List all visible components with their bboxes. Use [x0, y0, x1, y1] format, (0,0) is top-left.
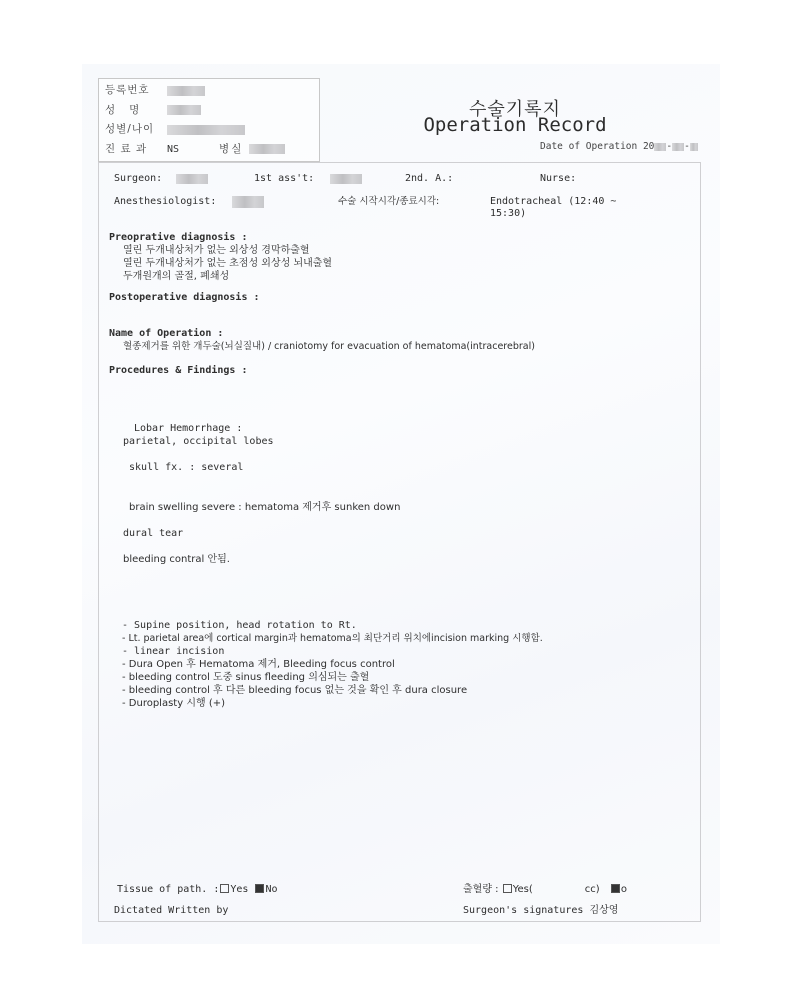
operation-name-value: 혈종제거를 위한 개두술(뇌실질내) / craniotomy for evac… [123, 340, 535, 353]
postop-diagnosis-label: Postoperative diagnosis : [109, 291, 260, 304]
procedure-step: - linear incision [122, 645, 224, 658]
patient-info-box: 등록번호 성 명 성별/나이 진 료 과 NS 병실 [98, 78, 320, 162]
tissue-of-path: Tissue of path. :Yes No [117, 883, 278, 896]
preop-diagnosis-item: 두개원개의 골절, 폐쇄성 [123, 270, 229, 283]
tissue-label: Tissue of path. : [117, 884, 219, 895]
anesthesia-line-2: 15:30) [490, 207, 526, 220]
bleeding-yes-label: Yes( [513, 884, 533, 895]
redacted-sex-age [167, 125, 245, 135]
registration-row: 등록번호 [105, 81, 313, 101]
procedure-step: - bleeding control 도중 sinus fleeding 의심되… [122, 671, 369, 684]
bleeding-no-checkbox[interactable] [611, 884, 620, 893]
first-assistant-label: 1st ass't: [254, 172, 314, 185]
sex-age-row: 성별/나이 [105, 120, 313, 140]
bleeding-yes-checkbox[interactable] [503, 884, 512, 893]
date-of-operation: Date of Operation 20-- [540, 141, 698, 152]
nurse-label: Nurse: [540, 172, 576, 185]
redacted-month [672, 143, 684, 151]
redacted-surgeon [176, 174, 208, 184]
finding-item: bleeding contral 안됨. [123, 553, 230, 566]
procedures-label: Procedures & Findings : [109, 364, 247, 377]
tissue-yes-label: Yes [230, 884, 248, 895]
redacted-year [654, 143, 666, 151]
room-label: 병실 [219, 140, 243, 160]
preop-diagnosis-label: Preoprative diagnosis : [109, 231, 247, 244]
signature-label: Surgeon's signatures [463, 905, 583, 916]
anesthesiologist-label: Anesthesiologist: [114, 195, 216, 208]
procedure-step: - Supine position, head rotation to Rt. [122, 619, 357, 632]
date-label: Date of Operation 20 [540, 141, 654, 152]
bleeding-unit: cc) [585, 884, 600, 895]
registration-no-label: 등록번호 [105, 81, 167, 101]
redacted-day [690, 143, 698, 151]
preop-diagnosis-item: 열린 두개내상처가 없는 외상성 경막하출혈 [123, 244, 310, 257]
department-label: 진 료 과 [105, 140, 167, 160]
bleeding-label: 출혈량 : [463, 884, 499, 895]
department-row: 진 료 과 NS 병실 [105, 140, 313, 160]
finding-item: skull fx. : several [129, 461, 243, 474]
procedure-step: - Duroplasty 시행 (+) [122, 697, 225, 710]
preop-diagnosis-item: 열린 두개내상처가 없는 초점성 외상성 뇌내출혈 [123, 257, 332, 270]
surgeon-signature: Surgeon's signatures 김상영 [463, 904, 618, 917]
operation-name-label: Name of Operation : [109, 327, 223, 340]
tissue-no-checkbox[interactable] [255, 884, 264, 893]
bleeding-no-label: o [621, 884, 627, 895]
signature-name: 김상영 [589, 905, 618, 916]
tissue-no-label: No [265, 884, 277, 895]
finding-item: parietal, occipital lobes [123, 435, 274, 448]
finding-item: Lobar Hemorrhage : [134, 422, 242, 435]
title-english: Operation Record [320, 114, 710, 136]
redacted-registration-no [167, 86, 205, 96]
procedure-step: - Dura Open 후 Hematoma 제거, Bleeding focu… [122, 658, 395, 671]
bleeding-amount: 출혈량 : Yes(cc) o [463, 883, 627, 896]
op-time-label: 수술 시작시각/종료시각: [338, 195, 439, 208]
redacted-room [249, 144, 285, 154]
tissue-yes-checkbox[interactable] [220, 884, 229, 893]
procedure-step: - Lt. parietal area에 cortical margin과 he… [122, 632, 543, 645]
second-assistant-label: 2nd. A.: [405, 172, 453, 185]
name-row: 성 명 [105, 101, 313, 121]
redacted-first-assistant [330, 174, 362, 184]
finding-item: dural tear [123, 527, 183, 540]
finding-item: brain swelling severe : hematoma 제거후 sun… [129, 501, 400, 514]
procedure-step: - bleeding control 후 다른 bleeding focus 없… [122, 684, 467, 697]
department-value: NS [167, 140, 179, 160]
redacted-anesthesiologist [232, 196, 264, 208]
dictated-written-by: Dictated Written by [114, 904, 228, 917]
redacted-name [167, 105, 201, 115]
sex-age-label: 성별/나이 [105, 120, 167, 140]
name-label: 성 명 [105, 101, 167, 121]
surgeon-label: Surgeon: [114, 172, 162, 185]
